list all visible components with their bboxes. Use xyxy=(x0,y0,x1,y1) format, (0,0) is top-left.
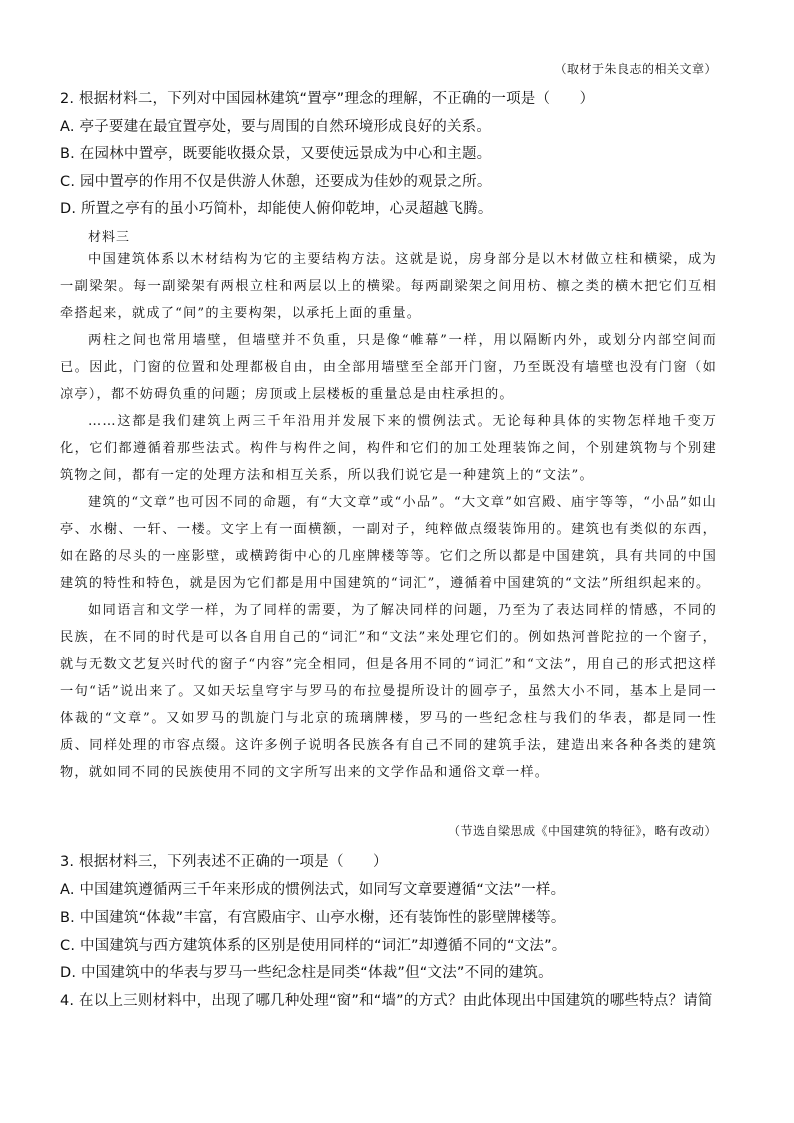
question-2-option-a: A. 亭子要建在最宜置亭处，要与周围的自然环境形成良好的关系。 xyxy=(60,115,491,136)
material-3-title: 材料三 xyxy=(88,226,130,245)
question-2-stem: 2. 根据材料二，下列对中国园林建筑“置亭”理念的理解，不正确的一项是（ ） xyxy=(60,87,594,108)
question-2-option-d: D. 所置之亭有的虽小巧简朴，却能使人俯仰乾坤，心灵超越飞腾。 xyxy=(60,197,493,218)
question-3-option-d: D. 中国建筑中的华表与罗马一些纪念柱是同类“体裁”但“文法”不同的建筑。 xyxy=(60,961,553,982)
question-3-option-b: B. 中国建筑“体裁”丰富，有宫殿庙宇、山亭水榭，还有装饰性的影壁牌楼等。 xyxy=(60,906,566,927)
source-citation-material2: （取材于朱良志的相关文章） xyxy=(554,60,717,77)
question-3-option-a: A. 中国建筑遵循两三千年来形成的惯例法式，如同写文章要遵循“文法”一样。 xyxy=(60,878,565,899)
material-3-paragraph: ……这都是我们建筑上两三千年沿用并发展下来的惯例法式。无论每种具体的实物怎样地千… xyxy=(60,408,717,489)
question-3-stem: 3. 根据材料三，下列表述不正确的一项是（ ） xyxy=(60,850,388,871)
source-citation-material3: （节选自梁思成《中国建筑的特征》，略有改动） xyxy=(448,822,717,839)
question-2-option-b: B. 在园林中置亭，既要能收摄众景，又要使远景成为中心和主题。 xyxy=(60,142,491,163)
question-4-stem: 4. 在以上三则材料中，出现了哪几种处理“窗”和“墙”的方式？由此体现出中国建筑… xyxy=(60,989,713,1010)
material-3-paragraph: 如同语言和文学一样，为了同样的需要，为了解决同样的问题，乃至为了表达同样的情感，… xyxy=(60,597,717,786)
material-3-paragraph: 建筑的“文章”也可因不同的命题，有“大文章”或“小品”。“大文章”如宫殿、庙宇等… xyxy=(60,489,717,597)
material-3-paragraph: 两柱之间也常用墙壁，但墙壁并不负重，只是像“帷幕”一样，用以隔断内外，或划分内部… xyxy=(60,327,717,408)
question-2-option-c: C. 园中置亭的作用不仅是供游人休憩，还要成为佳妙的观景之所。 xyxy=(60,170,492,191)
question-3-option-c: C. 中国建筑与西方建筑体系的区别是使用同样的“词汇”却遵循不同的“文法”。 xyxy=(60,934,567,955)
material-3-paragraph: 中国建筑体系以木材结构为它的主要结构方法。这就是说，房身部分是以木材做立柱和横梁… xyxy=(60,246,717,327)
material-3-body: 中国建筑体系以木材结构为它的主要结构方法。这就是说，房身部分是以木材做立柱和横梁… xyxy=(60,246,717,786)
